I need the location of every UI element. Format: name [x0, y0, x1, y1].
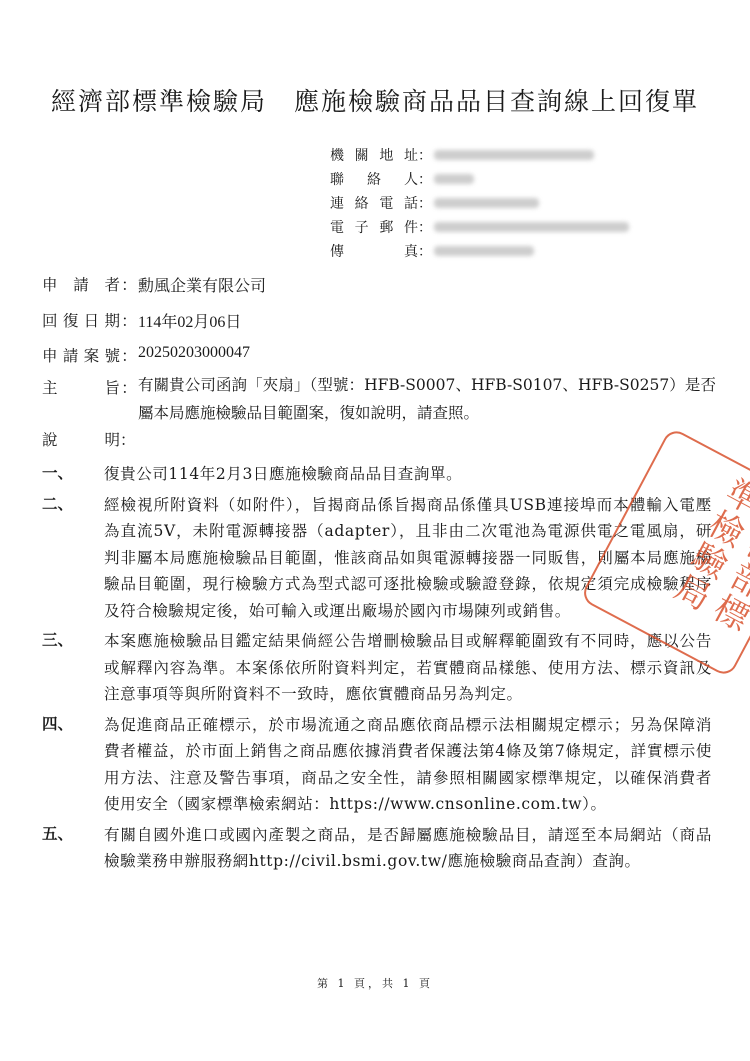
- contact-label: 連絡電話: [330, 193, 418, 213]
- explanation-item-4: 四、 為促進商品正確標示，於市場流通之商品應依商品標示法相關規定標示；另為保障消…: [42, 712, 722, 818]
- applicant-value: 勳風企業有限公司: [138, 273, 266, 296]
- colon: ：: [418, 241, 428, 261]
- item-number: 一、: [42, 461, 104, 488]
- colon: ：: [418, 169, 428, 189]
- contact-person: 聯絡人 ：: [330, 167, 629, 191]
- contact-label: 聯絡人: [330, 169, 418, 189]
- redacted-value: [434, 174, 474, 184]
- colon: ：: [120, 309, 138, 332]
- redacted-value: [434, 222, 629, 232]
- explanation-item-5: 五、 有關自國外進口或國內產製之商品，是否歸屬應施檢驗品目，請逕至本局網站（商品…: [42, 822, 722, 875]
- colon: ：: [418, 193, 428, 213]
- redacted-value: [434, 150, 594, 160]
- item-number: 四、: [42, 712, 104, 818]
- explanation-item-1: 一、 復貴公司114年2月3日應施檢驗商品品目查詢單。: [42, 461, 722, 488]
- subject-text: 有關貴公司函詢「夾扇」（型號：HFB-S0007、HFB-S0107、HFB-S…: [138, 371, 716, 427]
- item-text: 本案應施檢驗品目鑑定結果倘經公告增刪檢驗品目或解釋範圍致有不同時，應以公告或解釋…: [104, 628, 712, 708]
- explanation-item-3: 三、 本案應施檢驗品目鑑定結果倘經公告增刪檢驗品目或解釋範圍致有不同時，應以公告…: [42, 628, 722, 708]
- page-number-footer: 第 1 頁，共 1 頁: [0, 975, 750, 991]
- explanation-header: 說 明 ：: [42, 428, 136, 450]
- item-text: 有關自國外進口或國內產製之商品，是否歸屬應施檢驗品目，請逕至本局網站（商品檢驗業…: [104, 822, 712, 875]
- colon: ：: [120, 376, 138, 427]
- colon: ：: [418, 145, 428, 165]
- reply-date-label: 回復日期: [42, 309, 120, 332]
- item-number: 五、: [42, 822, 104, 875]
- contact-phone: 連絡電話 ：: [330, 191, 629, 215]
- case-number-label: 申請案號: [42, 344, 120, 366]
- contact-label: 傳真: [330, 241, 418, 261]
- explanation-label: 說 明: [42, 428, 120, 450]
- colon: ：: [120, 428, 136, 450]
- contact-fax: 傳真 ：: [330, 239, 629, 263]
- contact-email: 電子郵件 ：: [330, 215, 629, 239]
- contact-address: 機關地址 ：: [330, 143, 629, 167]
- case-number-value: 20250203000047: [138, 344, 250, 366]
- item-number: 三、: [42, 628, 104, 708]
- applicant-label: 申 請 者: [42, 273, 120, 296]
- contact-label: 機關地址: [330, 145, 418, 165]
- subject-row: 主 旨 ： 有關貴公司函詢「夾扇」（型號：HFB-S0007、HFB-S0107…: [42, 376, 716, 427]
- item-text: 經檢視所附資料（如附件），旨揭商品係旨揭商品係僅具USB連接埠而本體輸入電壓為直…: [104, 492, 712, 625]
- colon: ：: [418, 217, 428, 237]
- agency-contact-block: 機關地址 ： 聯絡人 ： 連絡電話 ： 電子郵件 ： 傳真 ：: [330, 143, 629, 263]
- explanation-item-2: 二、 經檢視所附資料（如附件），旨揭商品係旨揭商品係僅具USB連接埠而本體輸入電…: [42, 492, 722, 625]
- colon: ：: [120, 344, 138, 366]
- redacted-value: [434, 198, 539, 208]
- applicant-row: 申 請 者 ： 勳風企業有限公司: [42, 273, 266, 296]
- document-title: 經濟部標準檢驗局 應施檢驗商品品目查詢線上回復單: [0, 82, 750, 118]
- item-number: 二、: [42, 492, 104, 625]
- case-number-row: 申請案號 ： 20250203000047: [42, 344, 250, 366]
- contact-label: 電子郵件: [330, 217, 418, 237]
- reply-date-row: 回復日期 ： 114年02月06日: [42, 309, 241, 332]
- reply-date-value: 114年02月06日: [138, 309, 241, 332]
- explanation-items: 一、 復貴公司114年2月3日應施檢驗商品品目查詢單。 二、 經檢視所附資料（如…: [42, 461, 722, 879]
- redacted-value: [434, 246, 534, 256]
- colon: ：: [120, 273, 138, 296]
- item-text: 為促進商品正確標示，於市場流通之商品應依商品標示法相關規定標示；另為保障消費者權…: [104, 712, 712, 818]
- subject-label: 主 旨: [42, 376, 120, 427]
- item-text: 復貴公司114年2月3日應施檢驗商品品目查詢單。: [104, 461, 712, 488]
